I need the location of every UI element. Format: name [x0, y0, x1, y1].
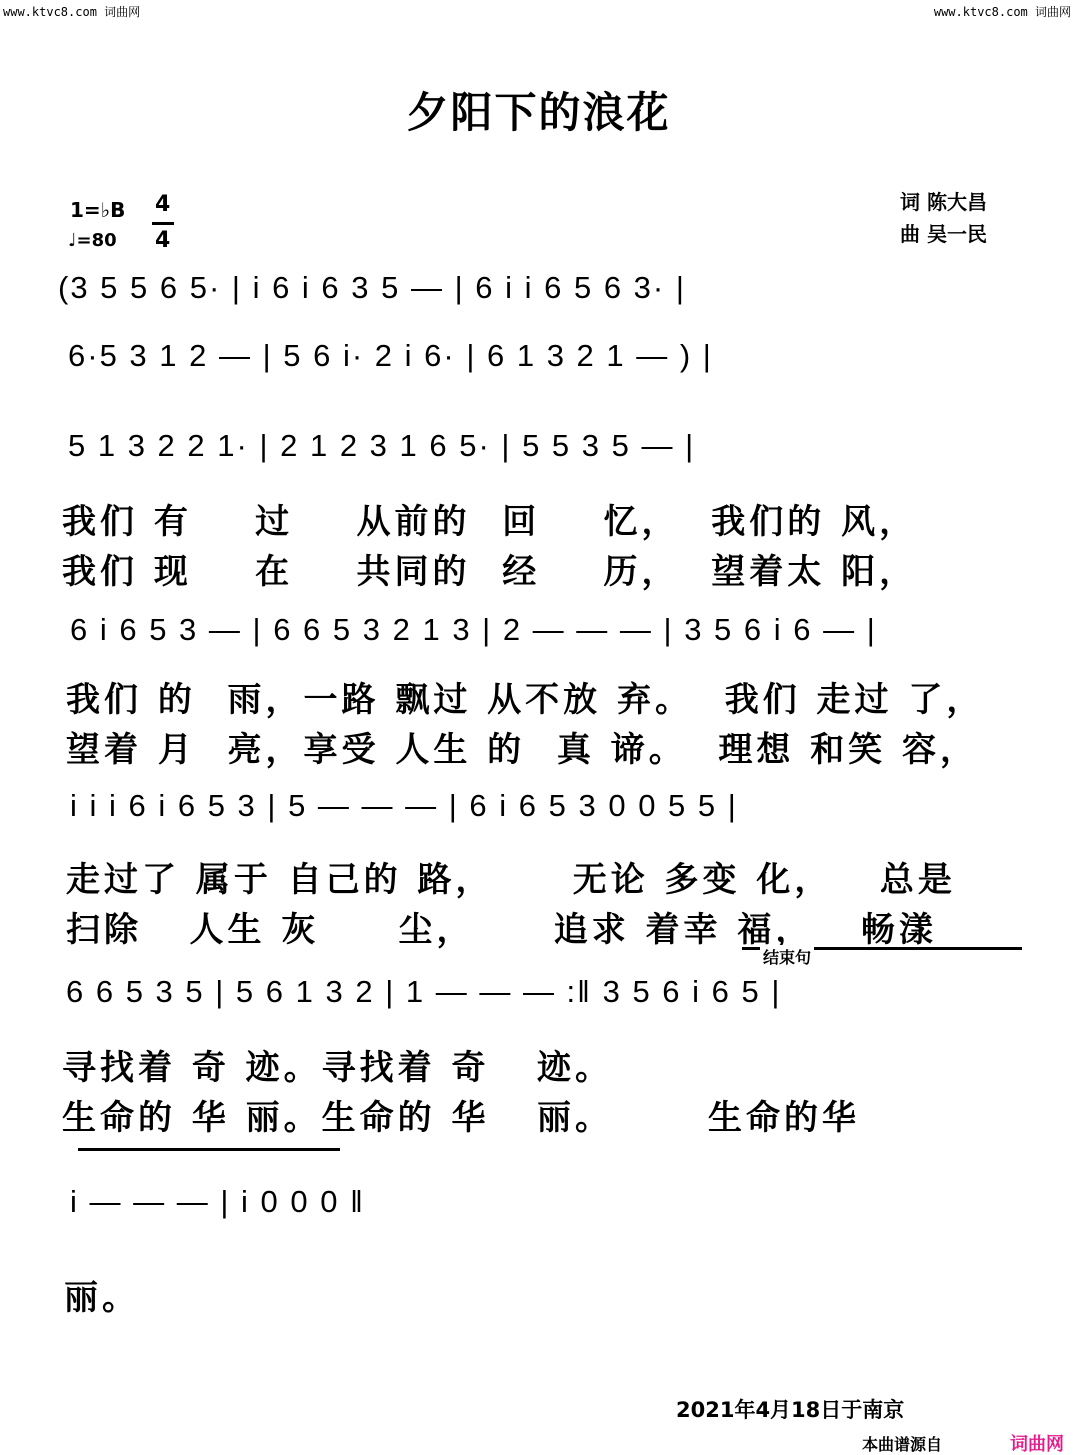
lyrics-line-5-verse-1: 走过了 属于 自己的 路， 无论 多变 化， 总是 [66, 852, 956, 901]
lyrics-line-6-verse-1: 寻找着 奇 迹。寻找着 奇 迹。 [62, 1040, 613, 1089]
watermark-left: www.ktvc8.com 词曲网 [3, 3, 140, 20]
date-place: 2021年4月18日于南京 [676, 1394, 904, 1424]
lyricist-credit: 词 陈大昌 [900, 186, 987, 215]
song-title: 夕阳下的浪花 [0, 80, 1077, 140]
source-site-link[interactable]: 词曲网 [1010, 1430, 1064, 1455]
key-signature: 1=♭B [70, 198, 125, 222]
score-line-3: 5 1 3 2 2 1· | 2 1 2 3 1 6 5· | 5 5 3 5 … [68, 428, 695, 464]
score-line-7: i — — — | i 0 0 0 ‖ [70, 1184, 365, 1220]
lyrics-line-4-verse-2: 望着 月 亮，享受 人生 的 真 谛。 理想 和笑 容， [66, 722, 978, 771]
score-line-4: 6 i 6 5 3 — | 6 6 5 3 2 1 3 | 2 — — — | … [70, 612, 877, 648]
score-line-1: (3 5 5 6 5· | i 6 i 6 3 5 — | 6 i i 6 5 … [58, 270, 686, 306]
lyrics-line-5-verse-2: 扫除 人生 灰 尘， 追求 着幸 福， 畅漾 [66, 902, 937, 951]
tempo-marking: ♩=80 [68, 230, 117, 251]
time-signature-bottom: 4 [155, 228, 170, 253]
source-label: 本曲谱源自 [862, 1432, 942, 1455]
score-line-6: 6 6 5 3 5 | 5 6 1 3 2 | 1 — — — :‖ 3 5 6… [66, 974, 781, 1010]
ending-label: 结束句 [760, 945, 814, 968]
ending-bracket-continuation [78, 1148, 340, 1151]
lyrics-line-3-verse-2: 我们 现 在 共同的 经 历， 望着太 阳， [62, 544, 917, 593]
time-signature-top: 4 [155, 192, 170, 217]
lyrics-line-6-verse-2: 生命的 华 丽。生命的 华 丽。 生命的华 [62, 1090, 860, 1139]
lyrics-line-7: 丽。 [64, 1270, 140, 1319]
watermark-right: www.ktvc8.com 词曲网 [934, 3, 1071, 20]
lyrics-line-4-verse-1: 我们 的 雨，一路 飘过 从不放 弃。 我们 走过 了， [66, 672, 984, 721]
composer-credit: 曲 吴一民 [900, 218, 987, 247]
time-signature-divider [152, 222, 174, 225]
score-line-2: 6·5 3 1 2 — | 5 6 i· 2 i 6· | 6 1 3 2 1 … [68, 338, 713, 374]
score-line-5: i i i 6 i 6 5 3 | 5 — — — | 6 i 6 5 3 0 … [70, 788, 738, 824]
lyrics-line-3-verse-1: 我们 有 过 从前的 回 忆， 我们的 风， [62, 494, 917, 543]
